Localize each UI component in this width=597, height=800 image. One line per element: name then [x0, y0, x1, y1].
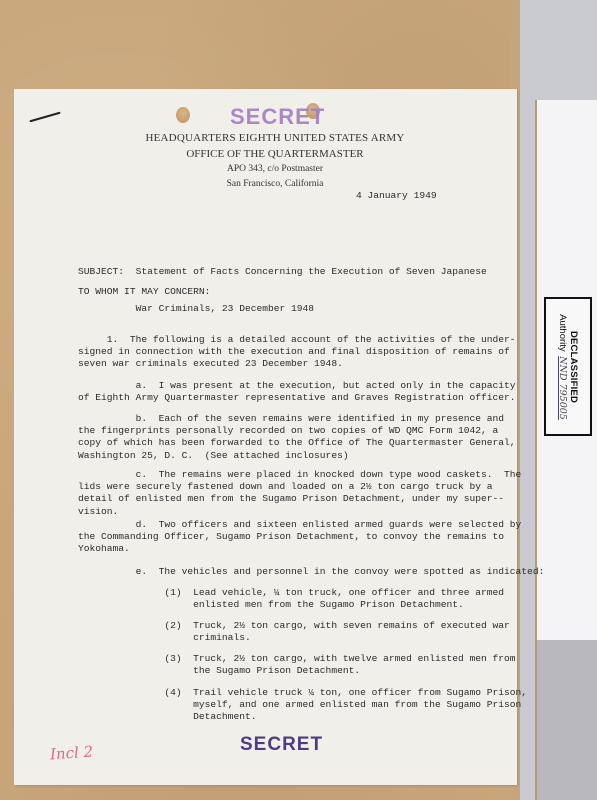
paragraph-1b: b. Each of the seven remains were identi… [78, 413, 516, 462]
paragraph-1: 1. The following is a detailed account o… [78, 334, 516, 371]
punch-hole-left [176, 107, 190, 123]
convoy-item-2: (2) Truck, 2½ ton cargo, with seven rema… [78, 620, 510, 644]
letterhead-office: OFFICE OF THE QUARTERMASTER [130, 146, 420, 162]
declassified-title: DECLASSIFIED [568, 314, 579, 420]
paragraph-1a: a. I was present at the execution, but a… [78, 380, 516, 404]
subject-line-2: War Criminals, 23 December 1948 [78, 303, 487, 315]
secret-stamp-bottom: SECRET [240, 734, 323, 756]
letterhead: HEADQUARTERS EIGHTH UNITED STATES ARMY O… [130, 130, 420, 192]
document-date: 4 January 1949 [356, 190, 437, 202]
declassification-sheet-shadow [535, 640, 597, 800]
subject-block: SUBJECT: Statement of Facts Concerning t… [78, 242, 487, 327]
subject-line-1: SUBJECT: Statement of Facts Concerning t… [78, 266, 487, 278]
declassified-stamp: DECLASSIFIED Authority NND 795005 [544, 297, 592, 436]
paragraph-1c: c. The remains were placed in knocked do… [78, 469, 521, 518]
declassified-authority: Authority NND 795005 [557, 314, 568, 420]
convoy-item-4: (4) Trail vehicle truck ¼ ton, one offic… [78, 687, 527, 724]
letterhead-apo: APO 343, c/o Postmaster [130, 162, 420, 177]
paragraph-1d: d. Two officers and sixteen enlisted arm… [78, 519, 521, 556]
letterhead-headquarters: HEADQUARTERS EIGHTH UNITED STATES ARMY [130, 130, 420, 146]
salutation: TO WHOM IT MAY CONCERN: [78, 286, 210, 298]
authority-value: NND 795005 [557, 356, 568, 420]
paragraph-1e: e. The vehicles and personnel in the con… [78, 566, 544, 578]
convoy-item-3: (3) Truck, 2½ ton cargo, with twelve arm… [78, 653, 516, 677]
handwritten-inclosure-note: Incl 2 [49, 743, 93, 764]
convoy-item-1: (1) Lead vehicle, ¼ ton truck, one offic… [78, 587, 504, 611]
authority-label: Authority [557, 314, 568, 352]
secret-stamp-top: SECRET [230, 104, 325, 130]
